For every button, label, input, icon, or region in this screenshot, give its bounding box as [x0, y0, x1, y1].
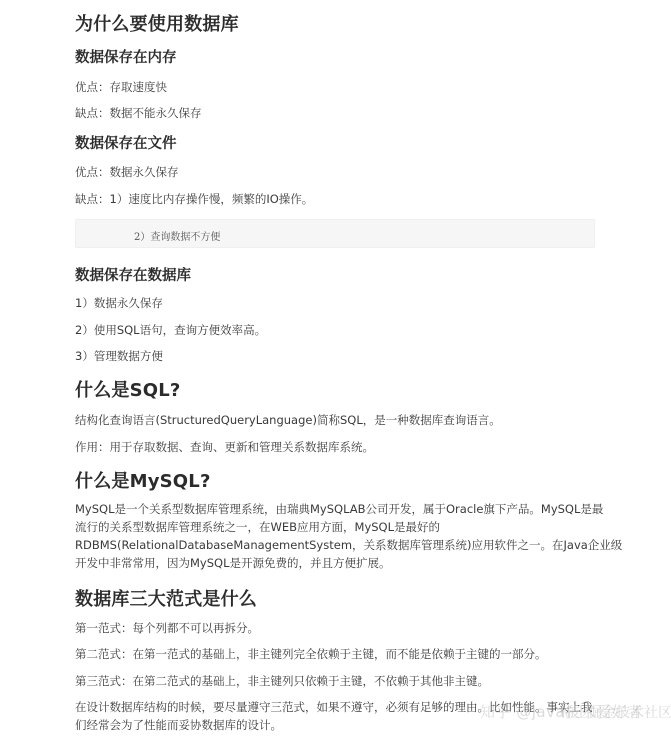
heading-normal-forms: 数据库三大范式是什么	[75, 585, 257, 611]
database-item-3: 3）管理数据方便	[75, 348, 163, 364]
heading-what-is-mysql: 什么是MySQL?	[75, 467, 211, 493]
database-item-1: 1）数据永久保存	[75, 295, 163, 311]
code-block: 2）查询数据不方便	[75, 219, 595, 248]
mysql-line-4: 开发中非常常用，因为MySQL是开源免费的，并且方便扩展。	[75, 555, 390, 571]
design-line-2: 们经常会为了性能而妥协数据库的设计。	[75, 717, 282, 733]
database-item-2: 2）使用SQL语句，查询方便效率高。	[75, 322, 266, 338]
mysql-line-3: RDBMS(RelationalDatabaseManagementSystem…	[75, 537, 622, 553]
code-block-text: 2）查询数据不方便	[134, 228, 220, 243]
first-normal-form: 第一范式：每个列都不可以再拆分。	[75, 620, 259, 636]
heading-why-use-database: 为什么要使用数据库	[75, 10, 239, 36]
heading-what-is-sql: 什么是SQL?	[75, 376, 181, 402]
memory-con: 缺点：数据不能永久保存	[75, 105, 202, 121]
sql-definition: 结构化查询语言(StructuredQueryLanguage)简称SQL，是一…	[75, 412, 501, 428]
file-con: 缺点：1）速度比内存操作慢，频繁的IO操作。	[75, 191, 313, 207]
heading-store-in-database: 数据保存在数据库	[75, 264, 191, 285]
second-normal-form: 第二范式：在第一范式的基础上，非主键列完全依赖于主键，而不能是依赖于主键的一部分…	[75, 646, 547, 662]
heading-store-in-memory: 数据保存在内存	[75, 46, 177, 67]
heading-store-in-file: 数据保存在文件	[75, 132, 177, 153]
mysql-line-1: MySQL是一个关系型数据库管理系统，由瑞典MySQLAB公司开发，属于Orac…	[75, 501, 603, 517]
watermark-juejin: 稀土掘金技术社区	[560, 702, 671, 722]
mysql-line-2: 流行的关系型数据库管理系统之一，在WEB应用方面，MySQL是最好的	[75, 519, 440, 535]
file-pro: 优点：数据永久保存	[75, 164, 179, 180]
memory-pro: 优点：存取速度快	[75, 79, 167, 95]
sql-purpose: 作用：用于存取数据、查询、更新和管理关系数据库系统。	[75, 439, 374, 455]
third-normal-form: 第三范式：在第二范式的基础上，非主键列只依赖于主键，不依赖于其他非主键。	[75, 673, 489, 689]
